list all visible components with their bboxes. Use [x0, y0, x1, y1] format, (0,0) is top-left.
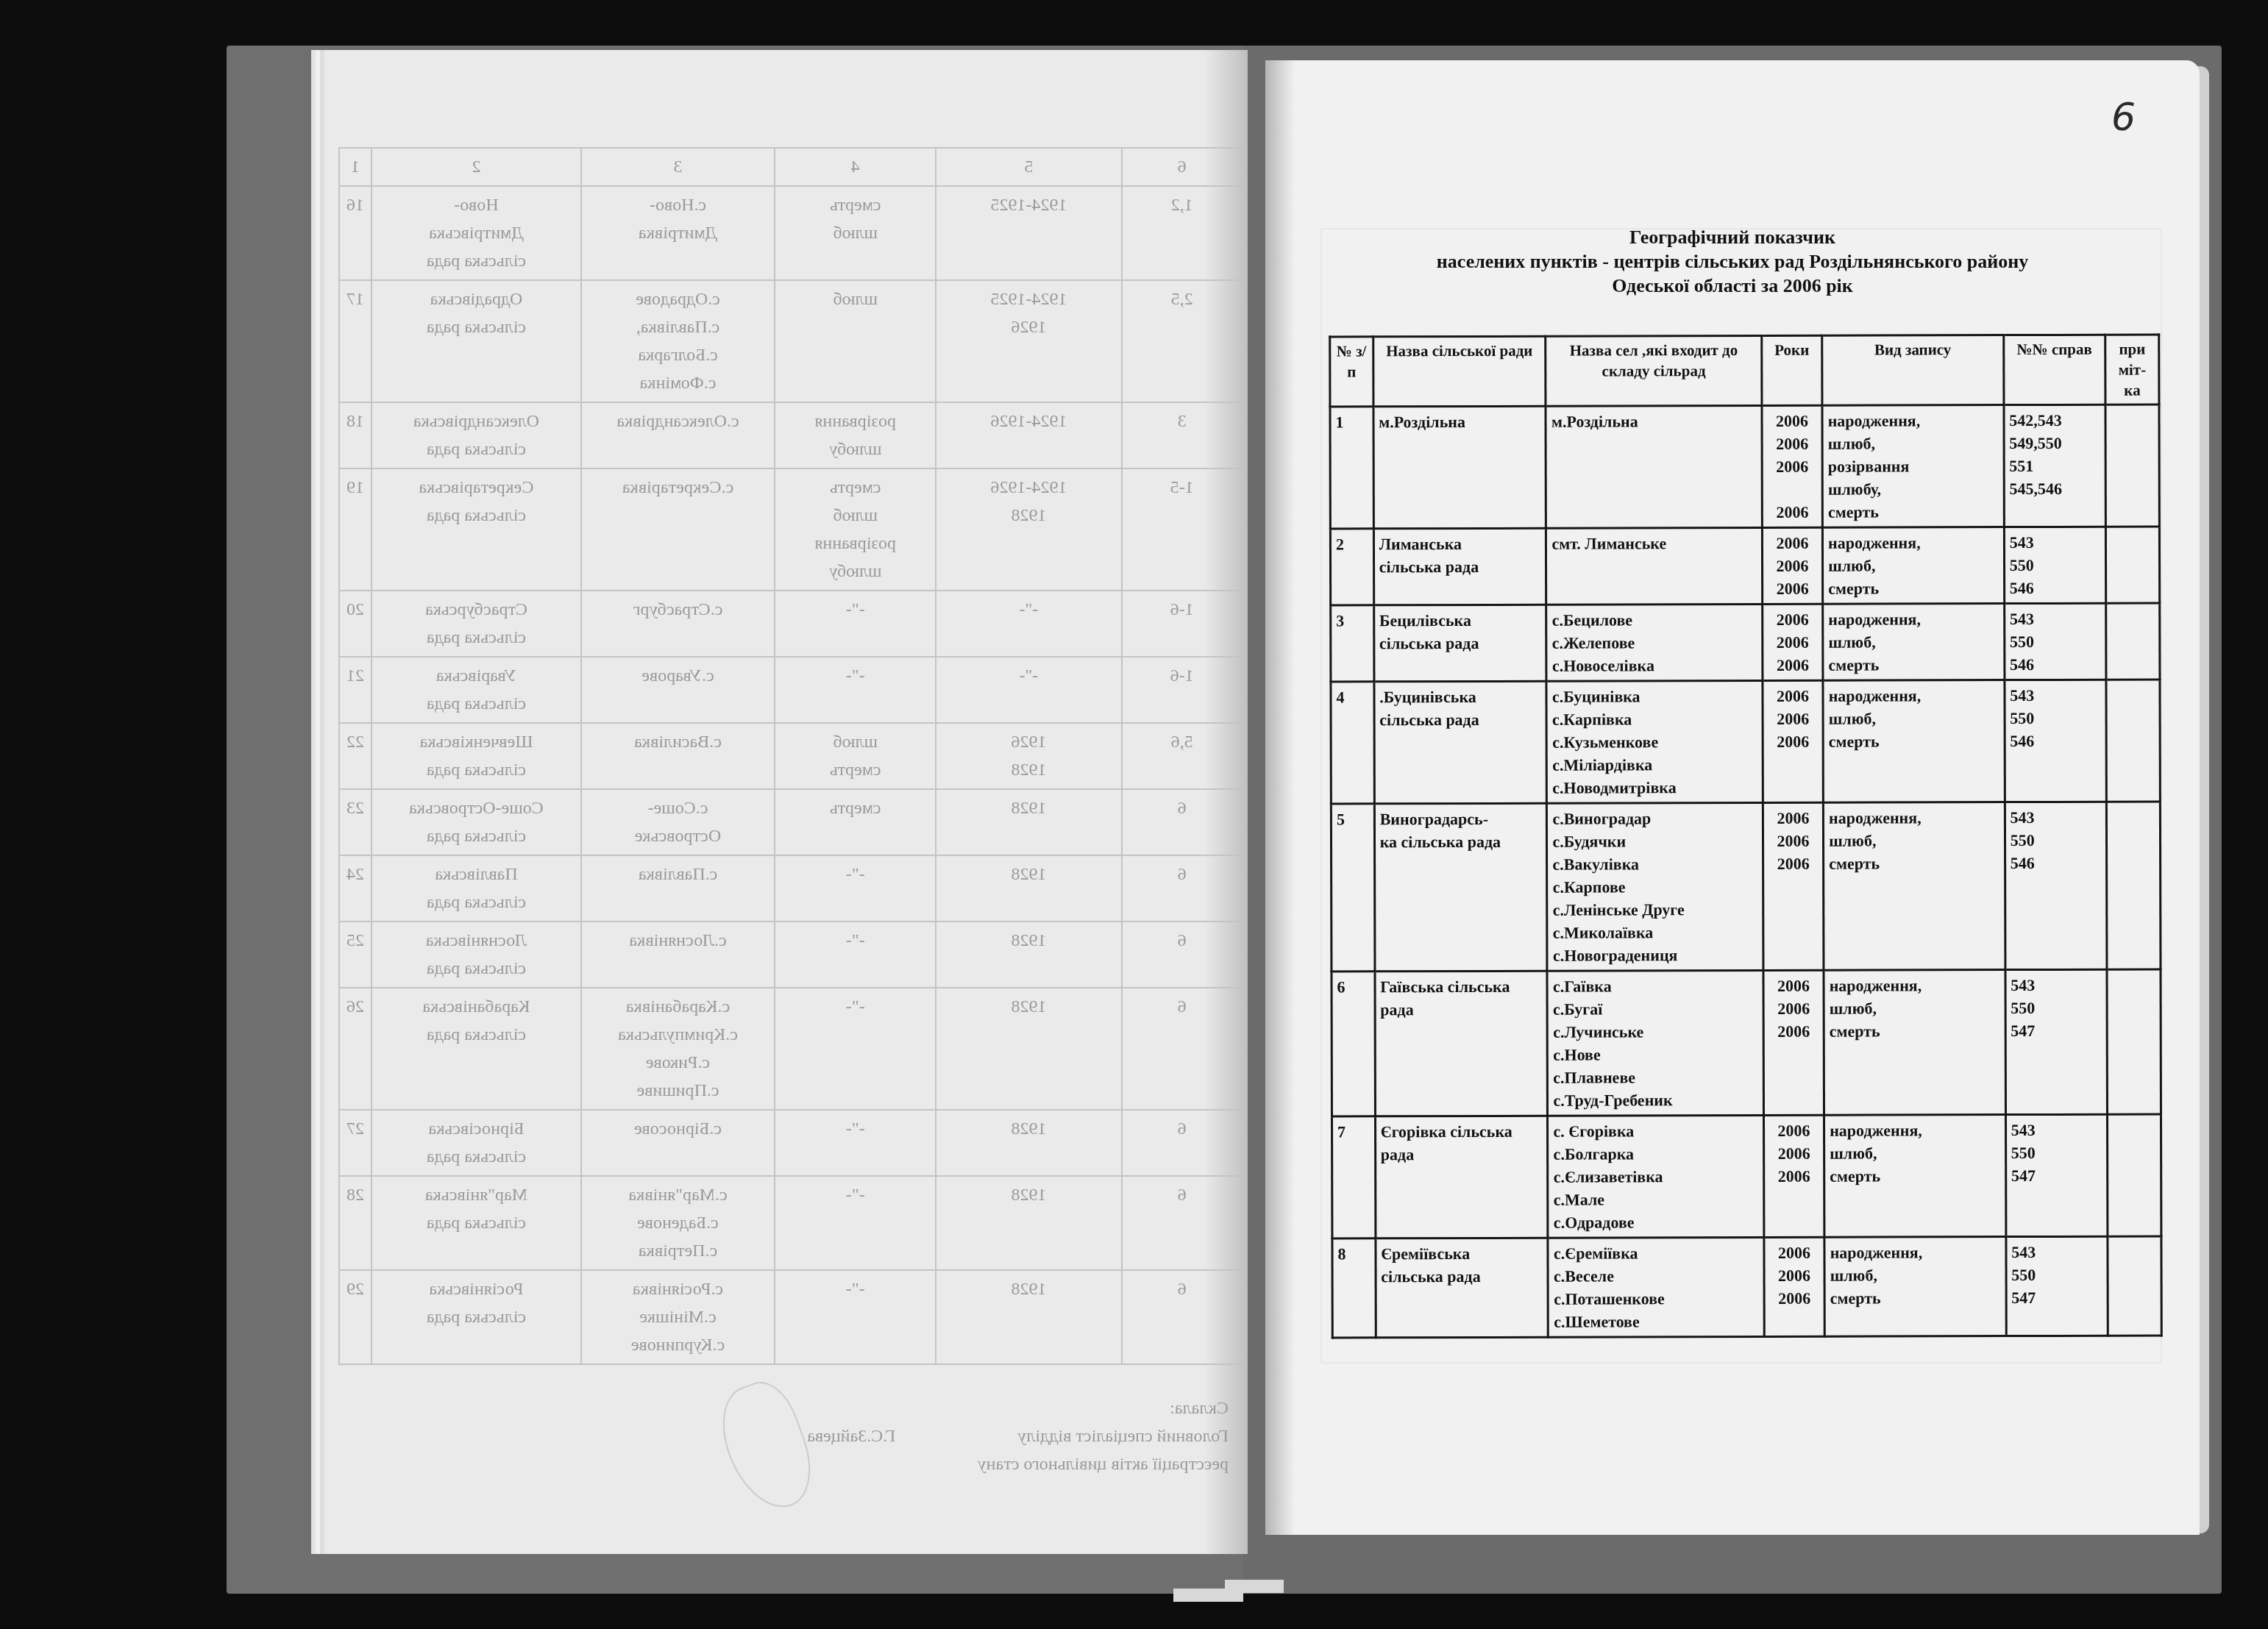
ghost-villages-line: с.Павлівка, [588, 313, 768, 341]
cell-no: 2 [1330, 529, 1373, 605]
ghost-council: Павлівськасільська рада [372, 855, 581, 922]
ghost-council-line: Страсбурська [378, 596, 575, 624]
ghost-type-line: смерть [781, 474, 929, 502]
ghost-council-line: Мар"янівська [378, 1181, 575, 1209]
ghost-years: -"- [936, 657, 1121, 723]
cell-note [2107, 802, 2161, 969]
ghost-files: 6 [1122, 922, 1243, 988]
ghost-council: Уварівськасільська рада [372, 657, 581, 723]
title-line-2: населених пунктів - центрів сільських ра… [1317, 249, 2148, 274]
cell-years-line [1768, 478, 1817, 501]
ghost-villages-line: с.Мінішке [588, 1303, 768, 1331]
cell-note-line [2113, 1119, 2155, 1141]
ghost-no: 18 [339, 402, 372, 468]
ghost-council-line: сільська рада [378, 435, 575, 463]
ghost-files: 6 [1122, 789, 1243, 855]
cell-no-line: 5 [1337, 808, 1369, 830]
ghost-type-line: -"- [781, 1181, 929, 1209]
ghost-years: 1928 [936, 1270, 1121, 1364]
cell-villages-line: с.Миколаївка [1553, 921, 1758, 944]
cell-no-line: 6 [1337, 975, 1369, 998]
ghost-villages: с.Мар"янівкас.Баденовес.Петрівка [581, 1176, 775, 1270]
column-number-line: 3 [674, 157, 683, 177]
ghost-type-line: смерть [781, 794, 929, 822]
cell-files-line: 543 [2011, 974, 2102, 997]
title-line-3: Одеської області за 2006 рік [1317, 274, 2148, 298]
ghost-files-line: 6 [1128, 1275, 1236, 1303]
cell-files-line: 550 [2010, 630, 2101, 653]
ghost-years-line: 1928 [942, 1115, 1115, 1143]
cell-record-type-line: розірвання [1828, 455, 1999, 478]
ghost-villages: с.Ново-Дмитрівка [581, 186, 775, 280]
cell-villages-line: с.Плавневе [1553, 1066, 1758, 1089]
cell-villages: с.Виноградарс.Будячкис.Вакулівкас.Карпов… [1547, 802, 1763, 971]
cell-years: 200620062006 [1762, 527, 1822, 604]
show-through-row: 61928-"-с.ЛоснянівкаЛоснянівськасільська… [339, 922, 1243, 988]
cell-villages-line: с.Карпове [1553, 875, 1758, 899]
ghost-villages: с.Павлівка [581, 855, 775, 922]
cell-council-line: .Буцинівська [1379, 685, 1541, 709]
cell-record-type-line: смерть [1828, 653, 1999, 677]
ghost-no: 16 [339, 186, 372, 280]
ghost-villages-line: с.Рикове [588, 1049, 768, 1077]
ghost-council-line: Карабанівська [378, 993, 575, 1021]
column-number-line: 1 [351, 157, 360, 177]
ghost-villages-line: Дмитрівка [588, 219, 768, 247]
cell-villages-line: с.Виноградар [1552, 807, 1757, 830]
cell-note [2106, 680, 2160, 802]
ghost-no-line: 18 [346, 407, 365, 435]
ghost-type-line: -"- [781, 596, 929, 624]
cell-note-line [2114, 1241, 2156, 1263]
cell-record-type-line: шлюб, [1828, 554, 1999, 577]
ghost-years-line: 1926 [942, 728, 1115, 756]
cell-villages: смт. Лиманське [1546, 527, 1763, 605]
ghost-no-line: 27 [346, 1115, 365, 1143]
cell-no: 5 [1331, 804, 1374, 972]
cell-files-line: 543 [2011, 1241, 2102, 1263]
gutter-shadow [1265, 60, 1295, 1535]
ghost-years: 1928 [936, 855, 1121, 922]
header-record-type: Вид запису [1822, 335, 2004, 406]
ghost-files: 1-6 [1122, 657, 1243, 723]
cell-council-line: Лиманська [1379, 532, 1541, 556]
ghost-files: 6 [1122, 1270, 1243, 1364]
ghost-files-line: 1-5 [1128, 474, 1236, 502]
ghost-years-line: 1928 [942, 794, 1115, 822]
cell-files-line: 543 [2010, 607, 2101, 630]
cell-council-line: рада [1380, 998, 1542, 1022]
column-number: 2 [372, 148, 581, 186]
cell-years-line: 2006 [1768, 807, 1818, 830]
position-line-2: реєстрації актів цивільного стану [338, 1450, 1229, 1478]
cell-record-type-line: смерть [1829, 852, 1999, 875]
cell-villages-line: с.Болгарка [1554, 1142, 1759, 1166]
show-through-row: 61928-"-с.Мар"янівкас.Баденовес.Петрівка… [339, 1176, 1243, 1270]
cell-villages: с.Єреміївкас.Веселес.Поташенковес.Шемето… [1548, 1237, 1764, 1337]
cell-files-line: 550 [2011, 997, 2102, 1019]
ghost-type: -"- [775, 855, 936, 922]
cell-villages-line: с.Новоградениця [1553, 944, 1758, 967]
ghost-villages-line: с.Василівка [588, 728, 768, 756]
cell-record-type-line: шлюб, [1829, 707, 1999, 730]
ghost-villages-line: с.Мар"янівка [588, 1181, 768, 1209]
cell-record-type-line: шлюб, [1830, 997, 2000, 1020]
ghost-villages: с.Карабанівкас.Кримпульськас.Риковес.При… [581, 988, 775, 1110]
cell-files-line: 543 [2010, 531, 2101, 554]
ghost-years: 1924-1926 [936, 402, 1121, 468]
ghost-type-line: шлюб [781, 219, 929, 247]
ghost-years: 1928 [936, 1110, 1121, 1176]
ghost-years: 1928 [936, 1176, 1121, 1270]
cell-no: 1 [1330, 407, 1373, 529]
column-number-row: 654321 [339, 148, 1243, 186]
show-through-row: 1-6-"--"-с.УваровеУварівськасільська рад… [339, 657, 1243, 723]
ghost-no: 27 [339, 1110, 372, 1176]
show-through-table: 654321 1,21924-1925смертьшлюбс.Ново-Дмит… [338, 147, 1243, 1365]
cell-years-line: 2006 [1767, 410, 1816, 432]
ghost-council: Карабанівськасільська рада [372, 988, 581, 1110]
ghost-council: Страсбурськасільська рада [372, 591, 581, 657]
cell-note-line [2112, 806, 2155, 829]
ghost-no-line: 21 [346, 662, 365, 690]
table-row: 1м.Роздільнам.Роздільна200620062006 2006… [1330, 404, 2159, 529]
cell-council: Гаївська сільськарада [1375, 971, 1548, 1116]
ghost-files: 6 [1122, 1110, 1243, 1176]
cell-villages-line: с.Труд-Гребеник [1553, 1088, 1758, 1112]
cell-villages-line: смт. Лиманське [1551, 532, 1757, 555]
ghost-no: 23 [339, 789, 372, 855]
cell-years-line: 2006 [1768, 608, 1817, 631]
ghost-type-line: шлюбу [781, 435, 929, 463]
ghost-years-line: 1928 [942, 1181, 1115, 1209]
header-note: при міт-ка [2105, 335, 2159, 404]
cell-files-line: 550 [2011, 1263, 2102, 1286]
ghost-files-line: 1,2 [1128, 191, 1236, 219]
ghost-villages: с.Бірносове [581, 1110, 775, 1176]
ghost-years-line: 1928 [942, 502, 1115, 530]
cell-record-type-line: народження, [1828, 607, 1999, 631]
ghost-council-line: Секретарівська [378, 474, 575, 502]
cell-files-line: 542,543 [2009, 409, 2100, 432]
ghost-years-line: 1928 [942, 993, 1115, 1021]
ghost-years-line: 1924-1926 [942, 407, 1115, 435]
cell-villages-line: с.Одрадове [1554, 1211, 1759, 1234]
ghost-villages-line: с.Павлівка [588, 860, 768, 888]
cell-files-line: 546 [2010, 577, 2101, 599]
ghost-type-line: розірвання [781, 407, 929, 435]
header-no: № з/п [1330, 337, 1373, 407]
ghost-type: -"- [775, 988, 936, 1110]
cell-note [2106, 527, 2160, 603]
cell-villages-line: с.Карпівка [1552, 707, 1757, 731]
ghost-villages: с.Росіянівкас.Мінішкес.Курпинове [581, 1270, 775, 1364]
cell-villages-line: с.Поташенкове [1554, 1287, 1759, 1311]
cell-villages-line: с.Будячки [1552, 830, 1757, 853]
cell-years-line: 2006 [1768, 577, 1817, 600]
ghost-villages-line: с.Курпинове [588, 1331, 768, 1359]
cell-no-line: 8 [1337, 1242, 1370, 1265]
cell-council: Виноградарсь-ка сільська рада [1374, 803, 1547, 972]
cell-files: 543550546 [2004, 527, 2106, 603]
ghost-council-line: Ново- [378, 191, 575, 219]
cell-no: 4 [1331, 682, 1374, 804]
cell-council-line: сільська рада [1379, 555, 1541, 579]
cell-years-line: 2006 [1768, 532, 1817, 555]
cell-years-line: 2006 [1768, 432, 1817, 455]
cell-years-line: 2006 [1769, 1264, 1819, 1287]
ghost-council: Шевченківськасільська рада [372, 723, 581, 789]
cell-villages-line: с.Лучинське [1553, 1020, 1758, 1044]
header-council: Назва сільської ради [1373, 336, 1546, 407]
ghost-type-line: смерть [781, 191, 929, 219]
cell-record-type-line: смерть [1828, 577, 1999, 600]
cell-villages-line: с.Вакулівка [1553, 852, 1758, 876]
ghost-type: -"- [775, 922, 936, 988]
ghost-type-line: -"- [781, 860, 929, 888]
show-through-row: 61928смертьс.Соше-ОстровськеСоше-Островс… [339, 789, 1243, 855]
ghost-villages-line: Островське [588, 822, 768, 850]
ghost-files: 5,6 [1122, 723, 1243, 789]
ghost-type-line: -"- [781, 662, 929, 690]
cell-council: Лиманськасільська рада [1373, 528, 1546, 605]
cell-files-line: 547 [2011, 1286, 2102, 1309]
left-page-show-through: 654321 1,21924-1925смертьшлюбс.Ново-Дмит… [338, 147, 1243, 1478]
cell-council-line: Єреміївська [1381, 1242, 1543, 1266]
cell-record-type-line: шлюб, [1830, 1263, 2001, 1287]
ghost-files: 3 [1122, 402, 1243, 468]
cell-no-line: 1 [1335, 410, 1368, 433]
cell-villages: с. Єгорівкас.Болгаркас.Єлизаветівкас.Мал… [1548, 1115, 1764, 1238]
ghost-years: 1924-19261928 [936, 468, 1121, 591]
header-files: №№ справ [2003, 335, 2105, 404]
ghost-council-line: сільська рада [378, 822, 575, 850]
cell-villages-line: с.Міліардівка [1552, 753, 1757, 777]
column-number: 5 [936, 148, 1121, 186]
cell-villages-line: с. Єгорівка [1553, 1119, 1758, 1143]
ghost-villages: с.Лоснянівка [581, 922, 775, 988]
cell-record-type-line: смерть [1830, 1019, 2000, 1043]
title-line-1: Географічний показчик [1317, 225, 2148, 249]
cell-council-line: Виноградарсь- [1380, 808, 1542, 831]
ghost-type: смертьшлюброзірванняшлюбу [775, 468, 936, 591]
ghost-type-line: -"- [781, 1115, 929, 1143]
ghost-years: 1928 [936, 789, 1121, 855]
table-row: 2Лиманськасільська радасмт. Лиманське200… [1330, 527, 2159, 605]
cell-villages-line: с.Ленінське Друге [1553, 898, 1758, 922]
show-through-row: 61928-"-с.ПавлівкаПавлівськасільська рад… [339, 855, 1243, 922]
ghost-files-line: 6 [1128, 794, 1236, 822]
ghost-type-line: шлюб [781, 502, 929, 530]
cell-years-line: 2006 [1769, 1119, 1819, 1142]
cell-council: .Буцинівськасільська рада [1374, 681, 1547, 804]
ghost-council: Ново-Дмитрівськасільська рада [372, 186, 581, 280]
cell-years: 200620062006 [1763, 1115, 1824, 1237]
table-row: 8Єреміївськасільська радас.Єреміївкас.Ве… [1332, 1236, 2161, 1338]
ghost-council-line: сільська рада [378, 313, 575, 341]
cell-record-type-line: смерть [1828, 500, 1999, 524]
ghost-files-line: 1-6 [1128, 662, 1236, 690]
cell-files-line: 543 [2010, 684, 2101, 707]
ghost-villages-line: с.Бірносове [588, 1115, 768, 1143]
cell-villages-line: с.Гаївка [1553, 974, 1758, 998]
ghost-type: розірванняшлюбу [775, 402, 936, 468]
compiled-label: Склала: [338, 1394, 1229, 1422]
cell-record-type-line: шлюб, [1828, 432, 1999, 455]
table-row: 3Бецилівськасільська радас.Бециловес.Жел… [1331, 603, 2160, 682]
ghost-villages-line: с.Баденове [588, 1209, 768, 1237]
ghost-years: 1924-19251926 [936, 280, 1121, 402]
ghost-files: 6 [1122, 1176, 1243, 1270]
cell-note-line [2111, 607, 2154, 630]
cell-years: 200620062006 [1763, 680, 1824, 802]
cell-no-line: 3 [1336, 609, 1368, 632]
ghost-no-line: 29 [346, 1275, 365, 1303]
show-through-row: 1,21924-1925смертьшлюбс.Ново-ДмитрівкаНо… [339, 186, 1243, 280]
ghost-years-line: 1926 [942, 313, 1115, 341]
cell-council-line: м.Роздільна [1379, 410, 1540, 434]
ghost-council-line: сільська рада [378, 690, 575, 718]
ghost-type: -"- [775, 1176, 936, 1270]
table-row: 5Виноградарсь-ка сільська радас.Виноград… [1331, 802, 2161, 972]
table-row: 4.Буцинівськасільська радас.Буцинівкас.К… [1331, 680, 2160, 804]
ghost-years: 19261928 [936, 723, 1121, 789]
cell-files: 543550547 [2005, 1114, 2108, 1236]
cell-villages: м.Роздільна [1546, 405, 1762, 528]
ghost-council: Бірносівськасільська рада [372, 1110, 581, 1176]
ghost-type-line: шлюбу [781, 557, 929, 585]
cell-no-line: 4 [1336, 685, 1368, 708]
cell-villages-line: с.Єреміївка [1554, 1241, 1759, 1265]
ghost-files-line: 6 [1128, 860, 1236, 888]
cell-years-line: 2006 [1768, 707, 1817, 730]
ghost-villages: с.Секретарівка [581, 468, 775, 591]
cell-note-line [2112, 684, 2155, 707]
cell-record-type: народження,шлюб,смерть [1823, 527, 2005, 605]
table-row: 6Гаївська сільськарадас.Гаївкас.Бугаїс.Л… [1332, 969, 2161, 1116]
cell-villages-line: с.Новодмитрівка [1552, 776, 1757, 799]
cell-council: м.Роздільна [1373, 406, 1546, 529]
cell-years-line: 2006 [1770, 1287, 1819, 1310]
cell-files-line: 549,550 [2009, 432, 2100, 455]
ghost-no-line: 17 [346, 285, 365, 313]
cell-files: 542,543549,550551545,546 [2004, 404, 2106, 527]
ghost-council: Росіянівськасільська рада [372, 1270, 581, 1364]
ghost-villages: с.Олександрівка [581, 402, 775, 468]
ghost-council-line: сільська рада [378, 624, 575, 652]
cell-villages-line: с.Веселе [1554, 1264, 1759, 1288]
ghost-years: -"- [936, 591, 1121, 657]
ghost-villages-line: с.Росіянівка [588, 1275, 768, 1303]
ghost-villages-line: с.Страсбург [588, 596, 768, 624]
cell-record-type: народження,шлюб,смерть [1824, 1237, 2006, 1337]
cell-villages-line: с.Желепове [1552, 631, 1757, 655]
ghost-no: 17 [339, 280, 372, 402]
cell-record-type-line: народження, [1828, 409, 1999, 432]
cell-villages-line: с.Бецилове [1552, 608, 1757, 632]
show-through-row: 61928-"-с.Росіянівкас.Мінішкес.Курпинове… [339, 1270, 1243, 1364]
ghost-council-line: сільська рада [378, 502, 575, 530]
ghost-files-line: 2,5 [1128, 285, 1236, 313]
ghost-no-line: 23 [346, 794, 365, 822]
cell-council-line: Єгорівка сільська [1381, 1120, 1543, 1144]
cell-no: 6 [1332, 972, 1375, 1116]
ghost-files: 1-5 [1122, 468, 1243, 591]
cell-record-type-line: народження, [1828, 531, 1999, 555]
cell-files-line: 547 [2011, 1164, 2102, 1187]
cell-years-line: 2006 [1768, 455, 1817, 478]
show-through-row: 5,619261928шлюбсмертьс.ВасилівкаШевченкі… [339, 723, 1243, 789]
ghost-villages-line: с.Соше- [588, 794, 768, 822]
cell-council-line: рада [1381, 1143, 1543, 1166]
cell-note [2108, 1114, 2161, 1236]
cell-council-line: сільська рада [1379, 708, 1541, 732]
header-years: Роки [1762, 335, 1822, 405]
cell-record-type-line: шлюбу, [1828, 477, 1999, 501]
ghost-villages-line: с.Карабанівка [588, 993, 768, 1021]
ghost-villages: с.Уварове [581, 657, 775, 723]
cell-files-line: 543 [2011, 806, 2102, 829]
ghost-villages: с.Соше-Островське [581, 789, 775, 855]
cell-years: 200620062006 [1763, 802, 1824, 970]
ghost-council-line: Одрадівська [378, 285, 575, 313]
ghost-years-line: 1928 [942, 1275, 1115, 1303]
cell-council: Єреміївськасільська рада [1376, 1238, 1549, 1338]
ghost-type: шлюб [775, 280, 936, 402]
cell-villages-line: с.Бугаї [1553, 997, 1758, 1021]
cell-record-type-line: шлюб, [1829, 829, 1999, 852]
ghost-villages-line: с.Ново- [588, 191, 768, 219]
cell-years-line: 2006 [1768, 501, 1817, 524]
cell-files-line: 551 [2009, 455, 2100, 477]
cell-files: 543550547 [2006, 1236, 2108, 1336]
ghost-no-line: 25 [346, 927, 365, 955]
ghost-villages: с.Страсбург [581, 591, 775, 657]
cell-record-type-line: смерть [1830, 1286, 2001, 1310]
ghost-villages: с.Василівка [581, 723, 775, 789]
cell-record-type: народження,шлюб,смерть [1823, 604, 2005, 681]
cell-villages-line: с.Єлизаветівка [1554, 1165, 1759, 1188]
cell-years-line: 2006 [1768, 631, 1817, 654]
cell-files-line: 543 [2011, 1119, 2102, 1141]
cell-villages-line: с.Мале [1554, 1188, 1759, 1211]
cell-council-line: Гаївська сільська [1380, 975, 1542, 999]
cell-note-line [2111, 531, 2154, 554]
ghost-villages-line: с.Фомінка [588, 369, 768, 397]
cell-files: 543550546 [2005, 802, 2107, 969]
cell-years-line: 2006 [1769, 1165, 1819, 1188]
ghost-council: Одрадівськасільська рада [372, 280, 581, 402]
cell-years-line: 2006 [1768, 852, 1818, 875]
cell-record-type-line: народження, [1830, 1241, 2001, 1264]
header-villages: Назва сел ,які входит до складу сільрад [1546, 335, 1762, 406]
column-number: 3 [581, 148, 775, 186]
cell-files-line: 546 [2011, 852, 2102, 874]
cell-no: 7 [1332, 1116, 1375, 1238]
cell-files-line: 545,546 [2009, 477, 2100, 500]
ghost-council-line: Лоснянівська [378, 927, 575, 955]
cell-no-line: 7 [1337, 1120, 1370, 1143]
ghost-no-line: 28 [346, 1181, 365, 1209]
cell-council-line: сільська рада [1379, 632, 1541, 655]
ghost-council-line: сільська рада [378, 1143, 575, 1171]
column-number-line: 4 [851, 157, 860, 177]
ghost-no: 19 [339, 468, 372, 591]
ghost-council-line: Павлівська [378, 860, 575, 888]
column-number-line: 5 [1024, 157, 1033, 177]
ghost-villages-line: с.Пришиве [588, 1077, 768, 1105]
cell-villages: с.Буцинівкас.Карпівкас.Кузьменковес.Мілі… [1546, 680, 1763, 803]
